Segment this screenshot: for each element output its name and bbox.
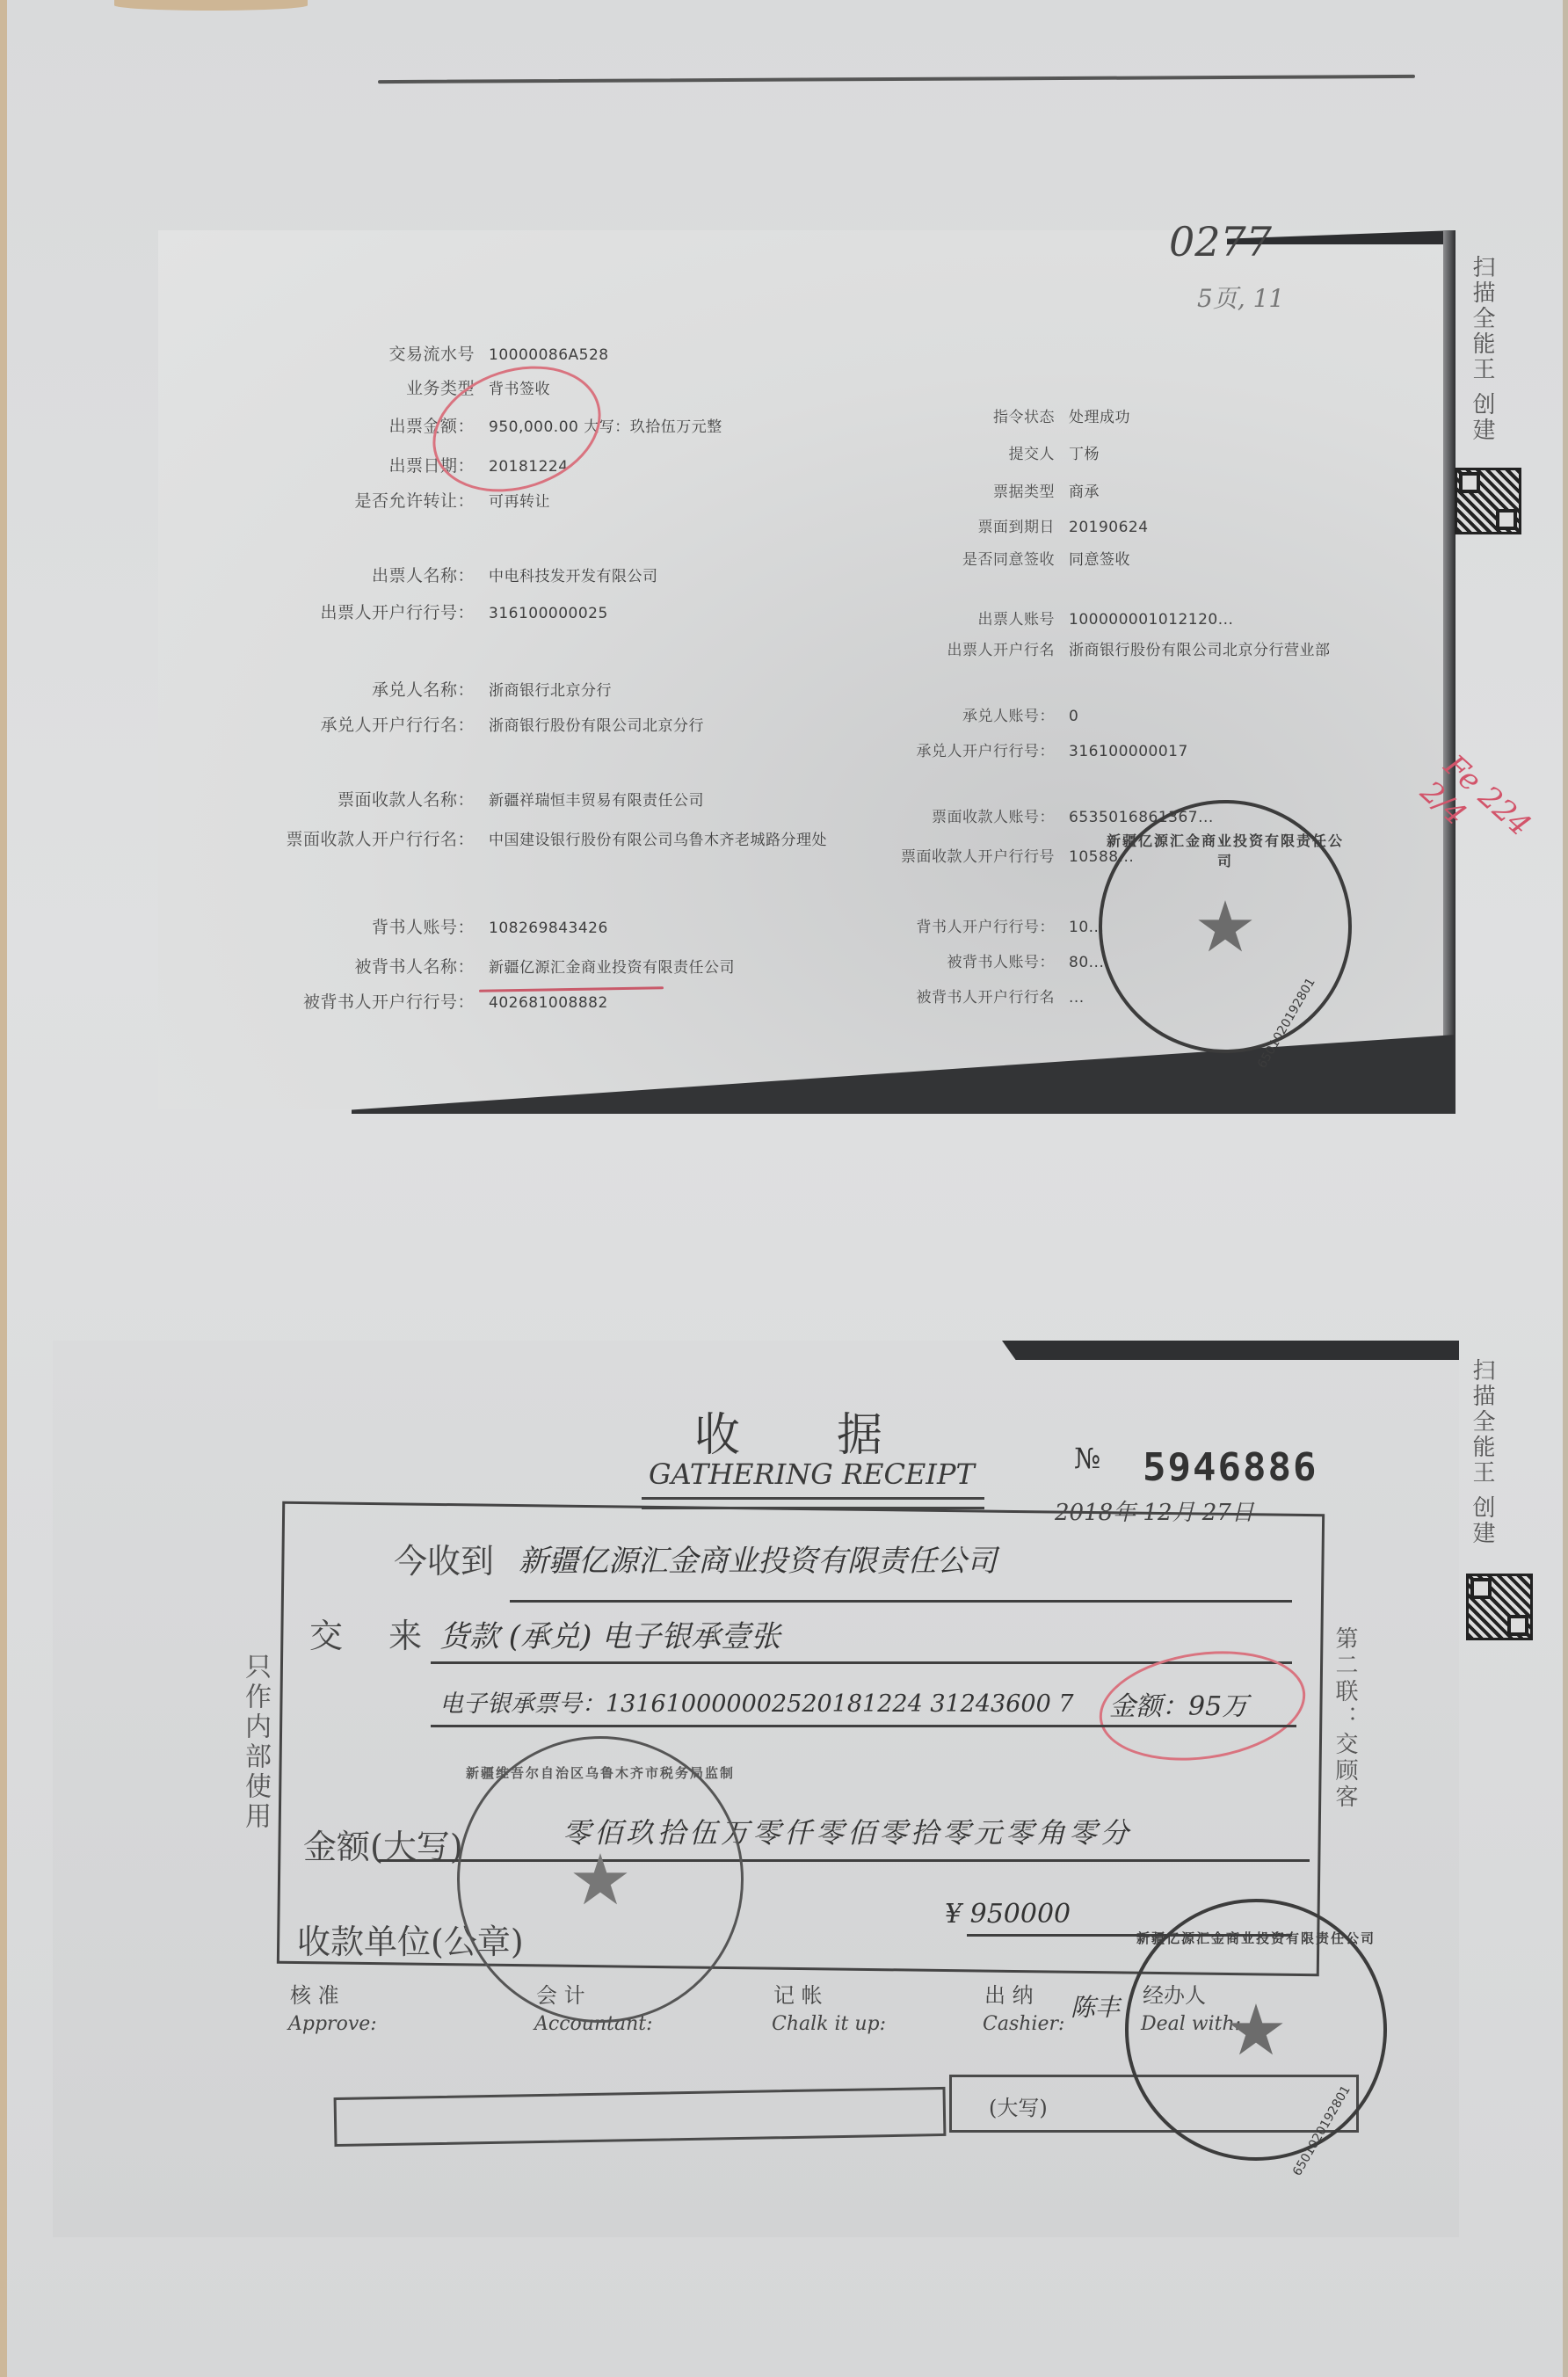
signature-label-en: Approve: xyxy=(288,2013,377,2035)
bill-field-label: 票面收款人名称： xyxy=(176,787,475,811)
bill-field-row: 票面收款人开户行行号10588... xyxy=(835,844,1134,866)
receipt-title-cn: 收据 xyxy=(694,1398,979,1464)
company-seal-lower: 新疆亿源汇金商业投资有限责任公司 ★ 6501020192801 xyxy=(1125,1899,1387,2161)
bill-field-value: 丁杨 xyxy=(1069,441,1100,463)
bill-field-label: 是否同意签收 xyxy=(835,547,1055,569)
bill-field-row: 票面到期日20190624 xyxy=(835,514,1149,536)
bill-field-label: 出票日期： xyxy=(176,453,475,476)
signature-label-cn: 记 帐 xyxy=(773,1978,823,2009)
signature-label-en: Chalk it up: xyxy=(772,2013,886,2035)
bill-field-row: 被背书人账号：80... xyxy=(835,949,1104,971)
star-icon: ★ xyxy=(569,1839,632,1921)
bill-field-label: 票面到期日 xyxy=(835,514,1055,536)
bill-field-label: 出票金额： xyxy=(176,413,475,437)
bill-field-value: 浙商银行股份有限公司北京分行营业部 xyxy=(1069,637,1331,659)
company-seal-upper: 新疆亿源汇金商业投资有限责任公司 ★ 6501020192801 xyxy=(1099,800,1352,1053)
bill-field-row: 是否同意签收同意签收 xyxy=(835,547,1130,569)
bottom-box-label: (大写) xyxy=(989,2090,1048,2121)
bill-field-label: 背书人开户行行号： xyxy=(835,914,1055,936)
bill-field-value: 同意签收 xyxy=(1069,547,1130,569)
bill-field-label: 承兑人开户行行名： xyxy=(176,712,475,736)
bill-field-label: 交易流水号 xyxy=(176,341,475,365)
payment-for-value: 货款 (承兑) 电子银承壹张 xyxy=(439,1612,780,1655)
bill-field-value: 中电科技发开发有限公司 xyxy=(489,563,658,585)
bill-field-label: 出票人开户行行号： xyxy=(176,600,475,623)
bill-field-row: 交易流水号10000086A528 xyxy=(176,341,609,365)
bill-field-row: 承兑人账号：0 xyxy=(835,703,1078,725)
seal-text: 新疆亿源汇金商业投资有限责任公司 xyxy=(1102,830,1348,870)
signature-label-en: Cashier: xyxy=(983,2013,1064,2035)
bill-field-label: 出票人开户行名 xyxy=(835,637,1055,659)
bill-field-row: 被背书人开户行行号：402681008882 xyxy=(176,989,608,1013)
bill-field-row: 出票人开户行行号：316100000025 xyxy=(176,600,608,623)
bill-field-row: 票面收款人名称：新疆祥瑞恒丰贸易有限责任公司 xyxy=(176,787,704,811)
bill-field-value: 可再转让 xyxy=(489,489,550,511)
receipt-title-en: GATHERING RECEIPT xyxy=(649,1457,975,1491)
bill-field-row: 票面收款人开户行行名：中国建设银行股份有限公司乌鲁木齐老城路分理处 xyxy=(176,826,827,850)
bill-field-value: 浙商银行股份有限公司北京分行 xyxy=(489,713,704,735)
scan-shadow-bottom xyxy=(352,1035,1455,1114)
bill-field-label: 指令状态 xyxy=(835,404,1055,426)
bill-field-row: 承兑人名称：浙商银行北京分行 xyxy=(176,677,612,701)
bill-field-row: 承兑人开户行行号：316100000017 xyxy=(835,738,1188,760)
seal-text: 新疆亿源汇金商业投资有限责任公司 xyxy=(1129,1929,1383,1947)
bill-field-value: 中国建设银行股份有限公司乌鲁木齐老城路分理处 xyxy=(489,827,827,849)
bill-field-value: 10000086A528 xyxy=(489,346,609,364)
amount-figure: ¥ 950000 xyxy=(945,1899,1071,1930)
bill-field-label: 票面收款人开户行行名： xyxy=(176,826,475,850)
qr-code-icon-lower xyxy=(1466,1574,1533,1640)
bill-field-value: 100000001012120... xyxy=(1069,611,1233,629)
bill-field-value: 80... xyxy=(1069,954,1104,971)
bill-field-value: 316100000017 xyxy=(1069,743,1188,760)
copy-note: 第二联：交顾客 xyxy=(1329,1626,1361,1811)
photo-edge-top xyxy=(114,0,308,11)
bill-field-label: 被背书人账号： xyxy=(835,949,1055,971)
bill-field-value: 商承 xyxy=(1069,479,1100,501)
bill-field-label: 被背书人名称： xyxy=(176,954,475,978)
bill-field-label: 票面收款人开户行行号 xyxy=(835,844,1055,866)
bill-field-value: 20190624 xyxy=(1069,519,1149,536)
handwritten-ref: 5页, 11 xyxy=(1197,280,1284,315)
bill-field-value: ... xyxy=(1069,989,1085,1007)
bill-field-row: 出票人账号100000001012120... xyxy=(835,607,1233,629)
scanner-watermark-lower: 扫描全能王 创建 xyxy=(1466,1358,1499,1546)
internal-use-note: 只作内部使用 xyxy=(236,1653,274,1832)
bill-field-value: 402681008882 xyxy=(489,994,608,1012)
tax-bureau-seal: 新疆维吾尔自治区乌鲁木齐市税务局监制 ★ xyxy=(457,1736,744,2023)
bill-field-row: 出票人开户行名浙商银行股份有限公司北京分行营业部 xyxy=(835,637,1331,659)
underline xyxy=(431,1725,1296,1727)
underline xyxy=(510,1600,1292,1603)
bill-field-label: 业务类型 xyxy=(176,375,475,399)
receipt-number: 5946886 xyxy=(1143,1445,1318,1490)
bill-field-label: 票据类型 xyxy=(835,479,1055,501)
signature-label-cn: 核 准 xyxy=(290,1978,339,2009)
bill-field-row: 背书人账号：108269843426 xyxy=(176,914,608,938)
star-icon: ★ xyxy=(1194,886,1257,968)
bill-field-label: 票面收款人账号： xyxy=(835,804,1055,826)
bill-field-value: 0 xyxy=(1069,708,1078,725)
page-rule xyxy=(378,75,1415,84)
received-from-value: 新疆亿源汇金商业投资有限责任公司 xyxy=(519,1537,997,1580)
bill-field-row: 承兑人开户行行名：浙商银行股份有限公司北京分行 xyxy=(176,712,704,736)
bill-field-row: 提交人丁杨 xyxy=(835,441,1100,463)
bill-field-value: 新疆祥瑞恒丰贸易有限责任公司 xyxy=(489,788,704,810)
bill-field-label: 被背书人开户行行名 xyxy=(835,985,1055,1007)
photo-edge-right xyxy=(1563,0,1568,2377)
bill-field-label: 承兑人名称： xyxy=(176,677,475,701)
bill-field-label: 背书人账号： xyxy=(176,914,475,938)
cashier-signature: 陈丰 xyxy=(1071,1988,1120,2024)
received-from-label: 今收到 xyxy=(394,1534,494,1582)
bill-field-value: 浙商银行北京分行 xyxy=(489,678,612,700)
bill-number-note: 电子银承票号：131610000002520181224 31243600 7 xyxy=(439,1684,1074,1719)
seal-text: 新疆维吾尔自治区乌鲁木齐市税务局监制 xyxy=(460,1763,741,1782)
bill-field-value: 108269843426 xyxy=(489,920,608,937)
photo-edge-left xyxy=(0,0,7,2377)
qr-code-icon-upper xyxy=(1455,468,1521,534)
bill-field-label: 出票人名称： xyxy=(176,563,475,586)
scan-shadow-right xyxy=(1443,230,1455,1109)
bill-field-label: 是否允许转让： xyxy=(176,488,475,512)
bill-field-value: 316100000025 xyxy=(489,605,608,622)
handwritten-page-number: 0277 xyxy=(1169,218,1272,265)
bill-field-value: 处理成功 xyxy=(1069,404,1130,426)
bill-field-row: 指令状态处理成功 xyxy=(835,404,1130,426)
bill-field-row: 票据类型商承 xyxy=(835,479,1100,501)
bill-field-row: 被背书人开户行行名... xyxy=(835,985,1085,1007)
star-icon: ★ xyxy=(1224,1989,1288,2071)
bill-field-label: 被背书人开户行行号： xyxy=(176,989,475,1013)
bill-field-row: 被背书人名称：新疆亿源汇金商业投资有限责任公司 xyxy=(176,954,735,978)
signature-label-cn: 出 纳 xyxy=(984,1978,1034,2009)
payment-for-label: 交 来 xyxy=(309,1609,439,1657)
scan-shadow-top xyxy=(1002,1341,1459,1360)
bill-field-label: 承兑人开户行行号： xyxy=(835,738,1055,760)
scanner-watermark-upper: 扫描全能王 创建 xyxy=(1466,255,1499,443)
bill-field-row: 背书人开户行行号：10... xyxy=(835,914,1104,936)
bill-field-value: 新疆亿源汇金商业投资有限责任公司 xyxy=(489,955,735,977)
bill-field-label: 提交人 xyxy=(835,441,1055,463)
bill-field-row: 出票人名称：中电科技发开发有限公司 xyxy=(176,563,658,586)
bill-field-label: 承兑人账号： xyxy=(835,703,1055,725)
receipt-no-label: № xyxy=(1074,1442,1100,1475)
bill-field-label: 出票人账号 xyxy=(835,607,1055,629)
